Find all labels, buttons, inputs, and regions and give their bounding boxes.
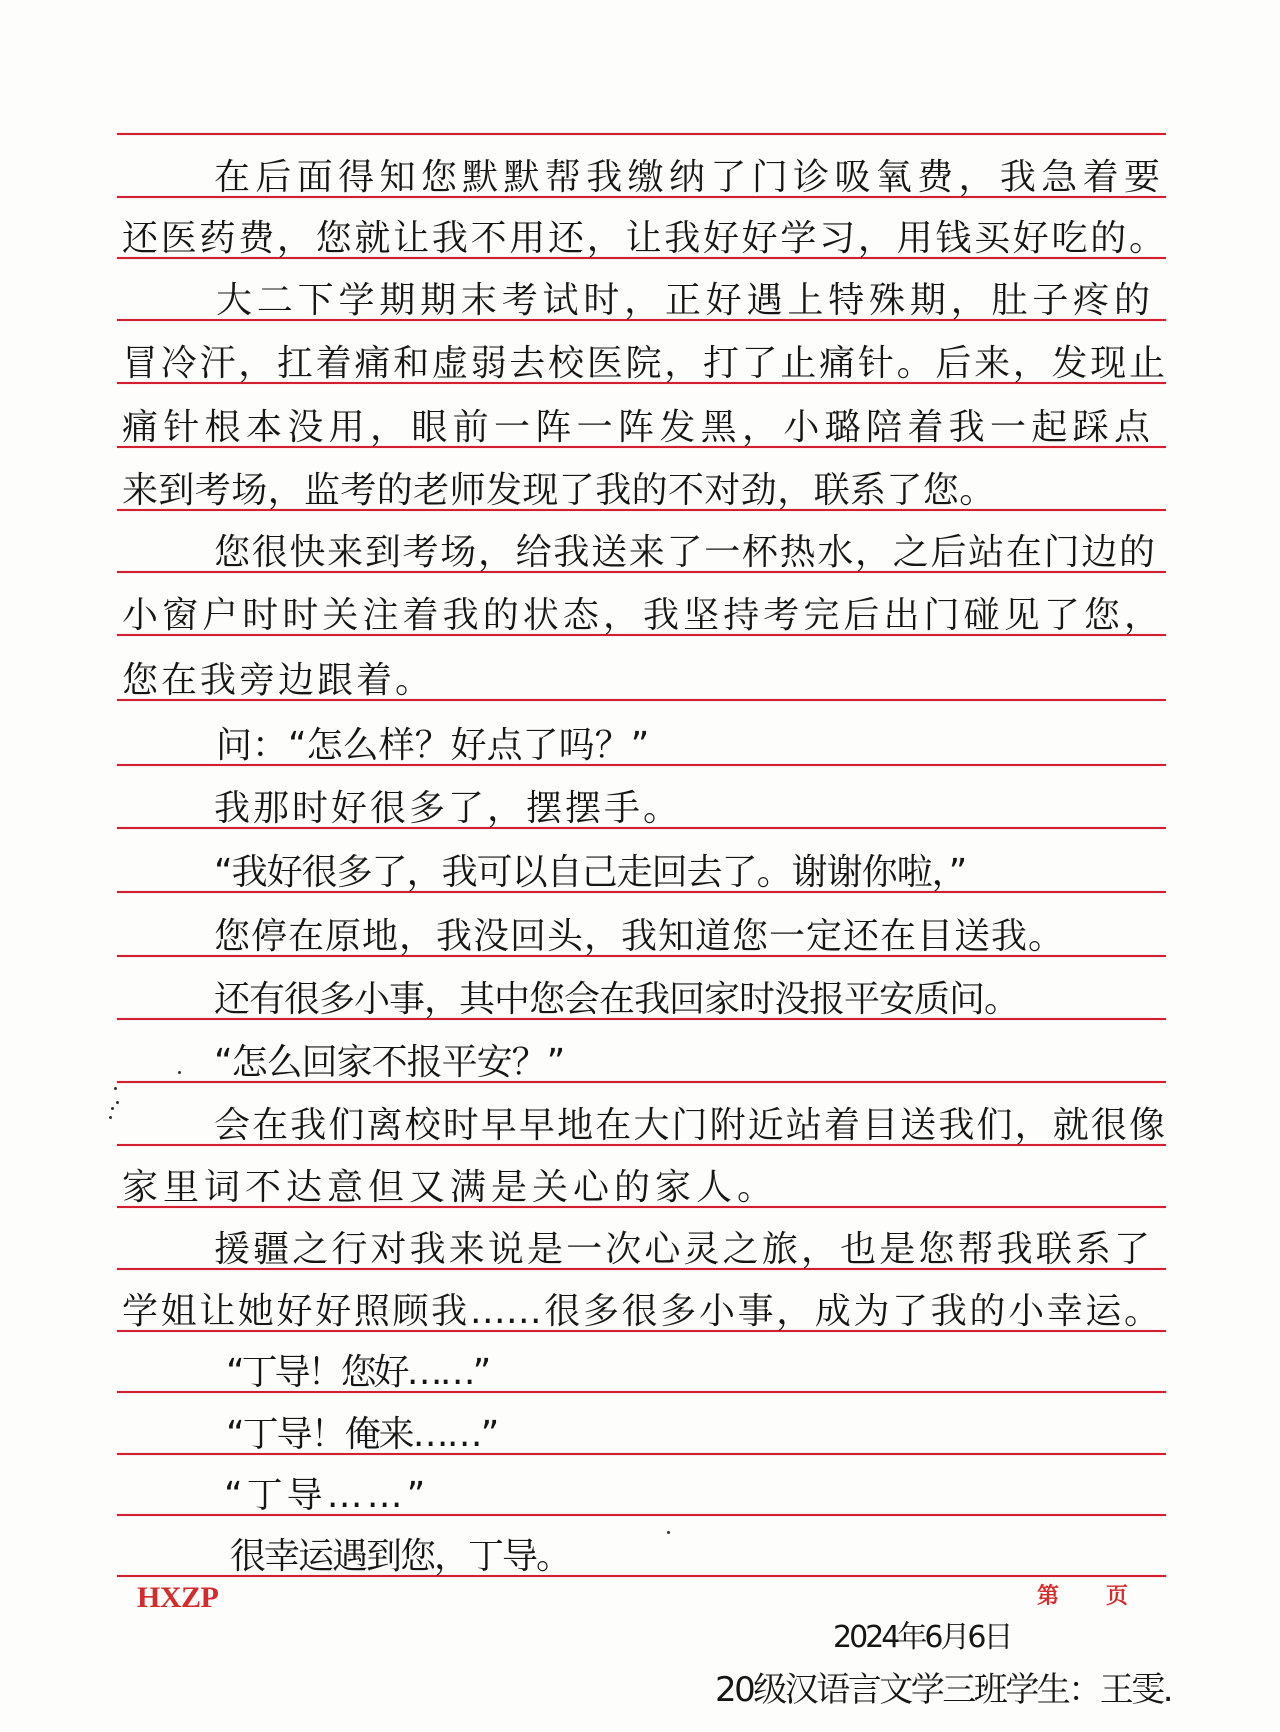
letter-line: 援疆之行对我来说是一次心灵之旅，也是您帮我联系了 <box>214 1228 1150 1272</box>
ink-dot <box>114 1087 117 1090</box>
letter-line: 学姐让她好好照顾我……很多很多小事，成为了我的小幸运。 <box>122 1290 1160 1334</box>
letter-line: “怎么回家不报平安？” <box>214 1041 564 1085</box>
letter-line: 问：“怎么样？好点了吗？” <box>216 724 649 768</box>
letter-line: 家里词不达意但又满是关心的家人。 <box>122 1166 778 1210</box>
letter-line: 您停在原地，我没回头，我知道您一定还在目送我。 <box>214 915 1065 959</box>
paper-brand-mark: HXZP <box>137 1583 218 1613</box>
ink-dot <box>111 1107 114 1110</box>
ink-dot <box>109 1116 112 1119</box>
letter-line: 还医药费，您就让我不用还，让我好好学习，用钱买好吃的。 <box>122 217 1165 261</box>
letter-line: 痛针根本没用，眼前一阵一阵发黑，小璐陪着我一起踩点 <box>122 406 1150 450</box>
letter-line: 在后面得知您默默帮我缴纳了门诊吸氧费，我急着要 <box>214 156 1160 200</box>
letter-line: 冒冷汗，扛着痛和虚弱去校医院，打了止痛针。后来，发现止 <box>122 342 1165 386</box>
letter-line: “丁导！俺来……” <box>226 1413 497 1457</box>
ruled-line <box>117 133 1166 135</box>
letter-line: 大二下学期期末考试时，正好遇上特殊期，肚子疼的 <box>216 279 1150 323</box>
ink-dot <box>116 1101 119 1104</box>
letter-line: “我好很多了，我可以自己走回去了。谢谢你啦，” <box>214 851 966 895</box>
letter-line: 您在我旁边跟着。 <box>122 659 434 703</box>
letter-line: 会在我们离校时早早地在大门附近站着目送我们，就很像 <box>214 1104 1165 1148</box>
ink-dot <box>178 1071 181 1074</box>
letter-line: 您很快来到考场，给我送来了一杯热水，之后站在门边的 <box>214 531 1155 575</box>
letter-line: 还有很多小事，其中您会在我回家时没报平安质问。 <box>214 978 1019 1022</box>
letter-line: 很幸运遇到您，丁导。 <box>230 1535 570 1579</box>
letter-page: 在后面得知您默默帮我缴纳了门诊吸氧费，我急着要 还医药费，您就让我不用还，让我好… <box>0 0 1280 1732</box>
letter-line: 来到考场，监考的老师发现了我的不对劲，联系了您。 <box>122 469 996 513</box>
letter-signature: 20级汉语言文学三班学生：王雯. <box>715 1670 1171 1710</box>
page-label-di: 第 <box>1037 1583 1059 1609</box>
letter-line: “丁导！您好……” <box>226 1351 488 1395</box>
letter-line: “丁导……” <box>224 1474 429 1518</box>
letter-line: 小窗户时时关注着我的状态，我坚持考完后出门碰见了您， <box>122 594 1160 638</box>
letter-date: 2024年6月6日 <box>833 1620 1011 1656</box>
letter-line: 我那时好很多了，摆摆手。 <box>214 787 682 831</box>
ink-dot <box>667 1531 670 1534</box>
page-label-ye: 页 <box>1106 1583 1128 1609</box>
